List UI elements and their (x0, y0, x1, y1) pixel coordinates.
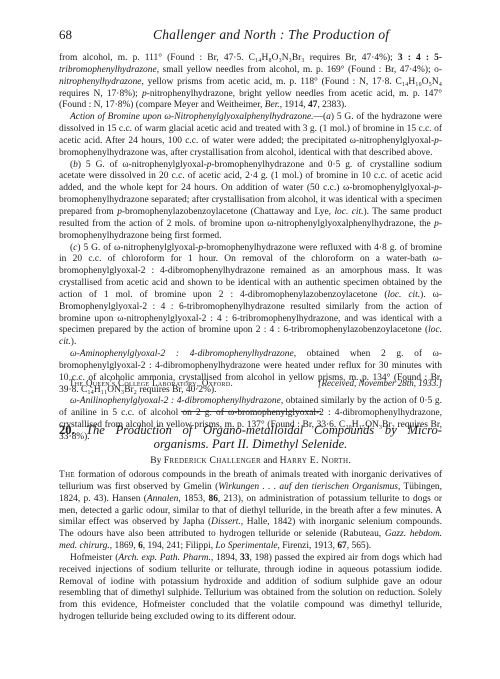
paragraph-bromine-action-b: (b) 5 G. of ω-nitrophenylglyoxal-p-bromo… (59, 160, 442, 243)
byline-prefix: By (150, 455, 164, 466)
text: , 194, 241; Filippi, (143, 541, 216, 551)
text: , 1914, (280, 100, 308, 110)
text: , 1869, (110, 541, 138, 551)
text: , 2383). (317, 100, 346, 110)
text: —( (314, 112, 327, 122)
text: , Firenzi, 1913, (278, 541, 338, 551)
paragraph-bromine-action-c: (c) 5 G. of ω-nitrophenylglyoxal-p-bromo… (59, 243, 442, 350)
text: , small yellow needles from alcohol, m. … (157, 65, 442, 75)
paragraph-bromine-action-a: Action of Bromine upon ω-Nitrophenylglyo… (59, 112, 442, 159)
author-name: Harry E. North (280, 455, 349, 466)
compound-name: nitrophenylhydrazone (59, 77, 141, 87)
text: , yellow prisms from acetic acid, m. p. … (141, 77, 395, 87)
compound-name: ω-Aminophenylglyoxal-2 : 4-dibromophenyl… (70, 349, 294, 359)
article-body: The formation of odorous compounds in th… (59, 470, 442, 624)
formula: C₁₄H₈O₃N₃Br₃ (249, 53, 305, 63)
running-title: Challenger and North : The Production of (153, 27, 389, 43)
title-line-2: organisms. Part II. Dimethyl Selenide. (59, 437, 442, 451)
text: , 565). (347, 541, 371, 551)
title-line-1: The Production of Organo-metalloidal Com… (86, 423, 442, 437)
bold-text: 3 : 4 : 5- (398, 53, 442, 63)
drop-word: The (59, 470, 75, 480)
italic-text: loc. cit. (387, 290, 420, 300)
citation-title: Dissert. (211, 517, 241, 527)
byline-suffix: . (348, 455, 350, 466)
compound-name: ω-Anilinophenylglyoxal-2 : 4-dibromophen… (70, 396, 281, 406)
text: -bromophenylazobenzoylacetone (Chattaway… (122, 207, 335, 217)
page-header: 68 Challenger and North : The Production… (59, 27, 439, 43)
text: from alcohol, m. p. 111° (Found : Br, 47… (59, 53, 249, 63)
section-divider (181, 411, 321, 412)
byline-conjunction: and (261, 455, 280, 466)
text: requires N, 17·8%); (59, 89, 142, 99)
article-number: 20. (59, 423, 75, 437)
citation-title: Wirkungen . . . auf den tierischen Organ… (218, 482, 398, 492)
journal-ref: Arch. exp. Path. Pharm. (118, 553, 210, 563)
compound-name: tribromophenylhydrazone (59, 65, 157, 75)
article-footer: The Queen's College Laboratory, Oxford. … (59, 378, 442, 390)
journal-ref: Annalen (147, 494, 178, 504)
journal-ref: Lo Sperimentale (215, 541, 277, 551)
volume-number: 86 (208, 494, 217, 504)
text: , 198) passed the expired air from dogs … (59, 553, 442, 622)
italic-text: loc. cit. (334, 207, 363, 217)
journal-ref: Ber. (265, 100, 280, 110)
text: , 1853, (178, 494, 208, 504)
paragraph-hydrazones: from alcohol, m. p. 111° (Found : Br, 47… (59, 53, 442, 112)
page-number: 68 (59, 27, 72, 43)
paragraph-intro: The formation of odorous compounds in th… (59, 470, 442, 553)
text: ) 5 G. of ω-nitrophenylglyoxal- (77, 243, 198, 253)
byline: By Frederick Challenger and Harry E. Nor… (59, 455, 442, 466)
received-date: [Received, November 28th, 1933.] (318, 378, 442, 388)
journal-page: 68 Challenger and North : The Production… (0, 0, 500, 679)
author-name: Frederick Challenger (164, 455, 261, 466)
laboratory-address: The Queen's College Laboratory, Oxford. (69, 378, 233, 388)
text: Hofmeister ( (70, 553, 118, 563)
section-heading: Action of Bromine upon ω-Nitrophenylglyo… (70, 112, 314, 122)
text: , 1894, (211, 553, 240, 563)
paragraph-hofmeister: Hofmeister (Arch. exp. Path. Pharm., 189… (59, 553, 442, 624)
text: requires Br, 47·4%); (305, 53, 398, 63)
text: ). (71, 337, 77, 347)
text: ) 5 G. of ω-nitrophenylglyoxal- (78, 160, 207, 170)
formula: C₁₄H₁₀O₅N₄ (396, 77, 442, 87)
volume-number: 67 (337, 541, 346, 551)
